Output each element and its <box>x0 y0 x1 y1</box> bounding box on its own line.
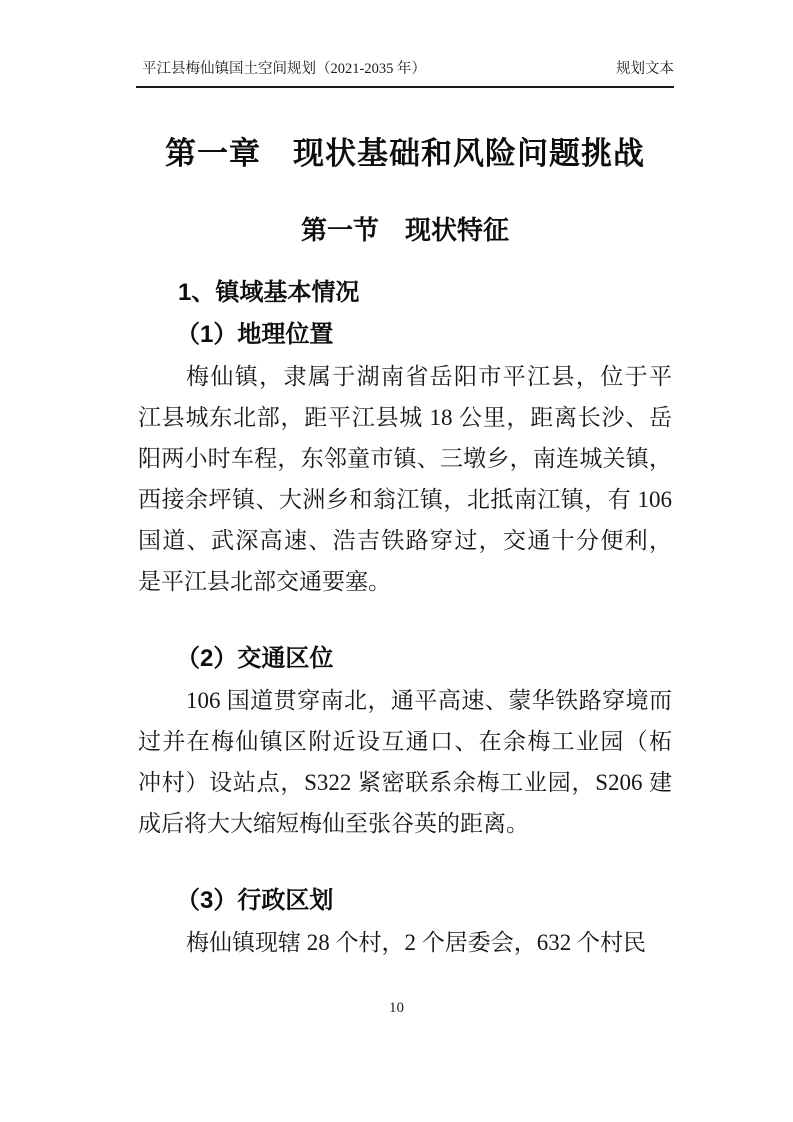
page-number: 10 <box>389 1000 404 1016</box>
body-line: 梅仙镇，隶属于湖南省岳阳市平江县，位于平 <box>138 356 672 397</box>
block-geographic-location: （1）地理位置 梅仙镇，隶属于湖南省岳阳市平江县，位于平 江县城东北部，距平江县… <box>138 314 672 602</box>
body-line: 过并在梅仙镇区附近设互通口、在余梅工业园（柘 <box>138 721 672 762</box>
header-document-type: 规划文本 <box>616 58 674 80</box>
header-document-title: 平江县梅仙镇国土空间规划（2021-2035 年） <box>142 58 426 80</box>
subsection-title: 1、镇域基本情况 <box>138 272 672 314</box>
block-traffic-location: （2）交通区位 106 国道贯穿南北，通平高速、蒙华铁路穿境而 过并在梅仙镇区附… <box>138 638 672 844</box>
page-header: 平江县梅仙镇国土空间规划（2021-2035 年） 规划文本 <box>142 58 674 80</box>
block-heading: （2）交通区位 <box>138 638 672 680</box>
block-heading: （3）行政区划 <box>138 880 672 922</box>
body-line: 西接余坪镇、大洲乡和翁江镇，北抵南江镇，有 106 <box>138 479 672 520</box>
body-line: 江县城东北部，距平江县城 18 公里，距离长沙、岳 <box>138 397 672 438</box>
block-heading: （1）地理位置 <box>138 314 672 356</box>
paragraph: 梅仙镇，隶属于湖南省岳阳市平江县，位于平 江县城东北部，距平江县城 18 公里，… <box>138 356 672 602</box>
page-footer: 10 <box>0 1000 793 1017</box>
body-line: 成后将大大缩短梅仙至张谷英的距离。 <box>138 803 672 844</box>
body-line: 梅仙镇现辖 28 个村，2 个居委会，632 个村民 <box>138 922 672 963</box>
page-content: 第一章 现状基础和风险问题挑战 第一节 现状特征 1、镇域基本情况 （1）地理位… <box>138 90 672 963</box>
section-title: 第一节 现状特征 <box>138 214 672 246</box>
body-line: 是平江县北部交通要塞。 <box>138 561 672 602</box>
paragraph: 106 国道贯穿南北，通平高速、蒙华铁路穿境而 过并在梅仙镇区附近设互通口、在余… <box>138 680 672 844</box>
body-line: 冲村）设站点，S322 紧密联系余梅工业园，S206 建 <box>138 762 672 803</box>
body-line: 106 国道贯穿南北，通平高速、蒙华铁路穿境而 <box>138 680 672 721</box>
document-page: 平江县梅仙镇国土空间规划（2021-2035 年） 规划文本 第一章 现状基础和… <box>0 0 793 1122</box>
paragraph: 梅仙镇现辖 28 个村，2 个居委会，632 个村民 <box>138 922 672 963</box>
header-rule <box>136 86 674 88</box>
block-administrative-divisions: （3）行政区划 梅仙镇现辖 28 个村，2 个居委会，632 个村民 <box>138 880 672 963</box>
body-line: 国道、武深高速、浩吉铁路穿过，交通十分便利， <box>138 520 672 561</box>
body-line: 阳两小时车程，东邻童市镇、三墩乡，南连城关镇， <box>138 438 672 479</box>
chapter-title: 第一章 现状基础和风险问题挑战 <box>138 134 672 174</box>
